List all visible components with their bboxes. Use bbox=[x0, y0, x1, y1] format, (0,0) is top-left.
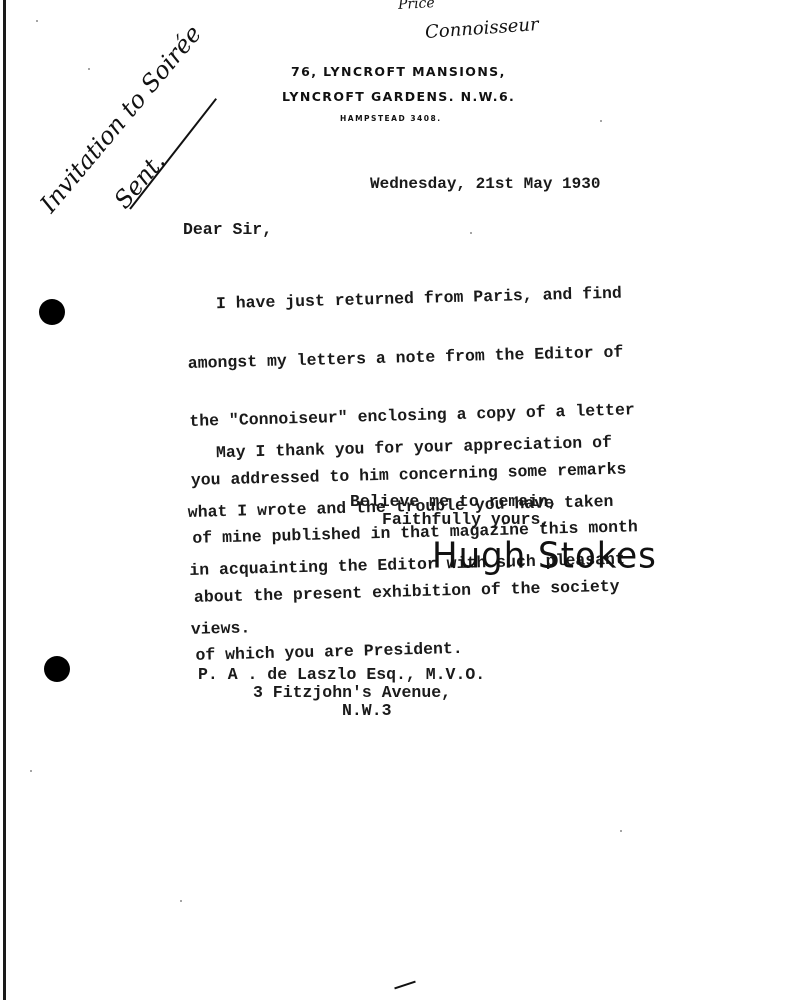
scan-speck bbox=[620, 830, 622, 832]
punch-hole bbox=[44, 656, 70, 682]
scan-speck bbox=[30, 770, 32, 772]
closing-line1: Believe me to remain, bbox=[350, 494, 558, 511]
body-line: I have just returned from Paris, and fin… bbox=[186, 283, 632, 314]
stray-pen-mark bbox=[394, 981, 416, 990]
letterhead-telephone: HAMPSTEAD 3408. bbox=[340, 114, 442, 123]
handwritten-margin-note-line2: Sent. bbox=[109, 147, 171, 214]
handwritten-note-top-line1: Price bbox=[398, 0, 436, 13]
recipient-name: P. A . de Laszlo Esq., M.V.O. bbox=[198, 667, 485, 684]
body-line: views. bbox=[191, 608, 627, 639]
closing-line2: Faithfully yours, bbox=[382, 512, 550, 529]
letter-date: Wednesday, 21st May 1930 bbox=[370, 176, 600, 192]
recipient-district: N.W.3 bbox=[342, 703, 392, 720]
scan-speck bbox=[600, 120, 602, 122]
handwritten-signature: Hugh Stokes bbox=[432, 535, 657, 577]
body-line: May I thank you for your appreciation of bbox=[186, 433, 622, 464]
punch-hole bbox=[39, 299, 65, 325]
body-line: amongst my letters a note from the Edito… bbox=[188, 342, 634, 373]
scan-speck bbox=[180, 900, 182, 902]
scan-speck bbox=[470, 232, 472, 234]
scan-speck bbox=[36, 20, 38, 22]
scan-speck bbox=[88, 68, 90, 70]
salutation: Dear Sir, bbox=[183, 222, 272, 239]
letterhead-address-line1: 76, LYNCROFT MANSIONS, bbox=[291, 64, 506, 79]
page-edge-shadow bbox=[3, 0, 6, 1000]
letterhead-address-line2: LYNCROFT GARDENS. N.W.6. bbox=[282, 89, 515, 104]
handwritten-note-top-line2: Connoisseur bbox=[424, 14, 539, 43]
recipient-street: 3 Fitzjohn's Avenue, bbox=[253, 685, 451, 702]
